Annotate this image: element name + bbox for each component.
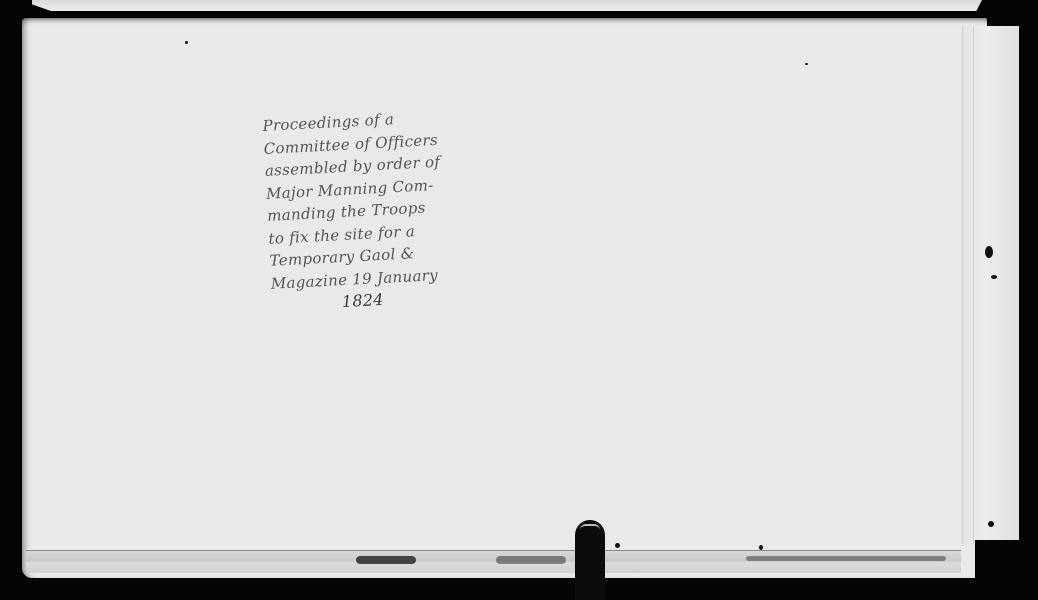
paper-blemish xyxy=(805,63,808,65)
fold-line xyxy=(973,26,974,544)
page-corner-notch xyxy=(975,540,1020,580)
paper-blemish xyxy=(185,41,188,44)
handwritten-docket: Proceedings of a Committee of Officers a… xyxy=(262,103,502,317)
binding-clip xyxy=(575,520,605,600)
paper-blemish xyxy=(985,246,993,258)
page-bottom-edge xyxy=(26,550,961,573)
paper-blemish xyxy=(615,543,620,548)
ink-stain xyxy=(496,556,566,564)
ink-stain xyxy=(356,556,416,564)
folded-page-edge xyxy=(962,26,1019,544)
paper-blemish xyxy=(988,521,994,527)
paper-blemish xyxy=(991,275,997,279)
ink-stain xyxy=(746,556,946,561)
document-page xyxy=(22,18,987,578)
underlying-page-strip xyxy=(32,0,982,11)
paper-blemish xyxy=(759,545,763,550)
